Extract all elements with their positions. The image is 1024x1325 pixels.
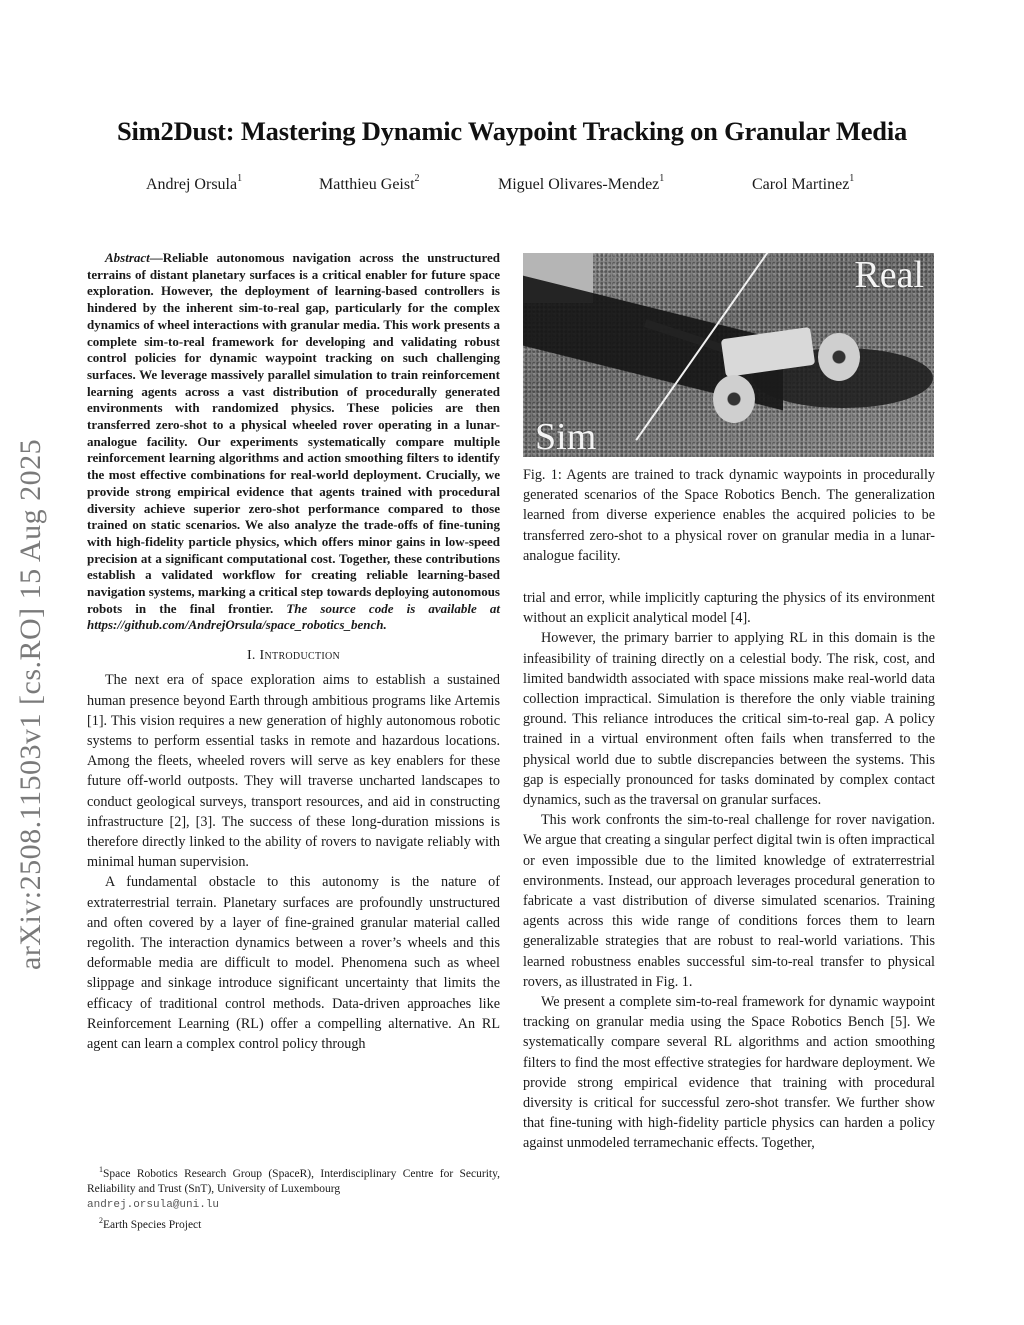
section-number: I.: [247, 648, 256, 663]
arxiv-identifier-stamp: arXiv:2508.11503v1 [cs.RO] 15 Aug 2025: [14, 439, 48, 970]
abstract-dash: —: [150, 250, 163, 265]
right-column: trial and error, while implicitly captur…: [523, 588, 935, 1154]
intro-paragraph-2: A fundamental obstacle to this autonomy …: [87, 872, 500, 1054]
author-affiliation-mark: 1: [849, 173, 854, 184]
abstract-label: Abstract: [105, 250, 150, 265]
author-name: Miguel Olivares-Mendez: [498, 176, 659, 193]
author-name: Andrej Orsula: [146, 176, 237, 193]
abstract-body: Reliable autonomous navigation across th…: [87, 250, 500, 616]
author-4: Carol Martinez1: [752, 176, 854, 194]
footnote-affiliation-2: 2Earth Species Project: [87, 1213, 500, 1233]
intro-paragraph-1: The next era of space exploration aims t…: [87, 670, 500, 872]
rover-wheel-rear: [818, 333, 860, 381]
figure-1-sim-real-rover-image: Real Sim: [523, 253, 934, 457]
intro-paragraph-4: This work confronts the sim-to-real chal…: [523, 810, 935, 992]
author-name: Carol Martinez: [752, 176, 849, 193]
footnote-text: Earth Species Project: [103, 1219, 201, 1231]
section-heading-introduction: I. Introduction: [87, 646, 500, 666]
footnote-affiliation-1: 1Space Robotics Research Group (SpaceR),…: [87, 1162, 500, 1197]
footnote-email-line: andrej.orsula@uni.lu: [87, 1197, 500, 1213]
author-2: Matthieu Geist2: [319, 176, 420, 194]
intro-paragraph-3: However, the primary barrier to applying…: [523, 628, 935, 810]
author-name: Matthieu Geist: [319, 176, 415, 193]
section-title: Introduction: [260, 648, 340, 663]
rover-wheel-front: [713, 375, 755, 423]
intro-paragraph-5: We present a complete sim-to-real framew…: [523, 992, 935, 1154]
intro-paragraph-continued: trial and error, while implicitly captur…: [523, 588, 935, 628]
footnotes: 1Space Robotics Research Group (SpaceR),…: [87, 1162, 500, 1233]
left-column: Abstract—Reliable autonomous navigation …: [87, 250, 500, 1054]
author-1: Andrej Orsula1: [146, 176, 242, 194]
author-3: Miguel Olivares-Mendez1: [498, 176, 664, 194]
paper-title: Sim2Dust: Mastering Dynamic Waypoint Tra…: [0, 116, 1024, 147]
author-affiliation-mark: 2: [415, 173, 420, 184]
footnote-text: Space Robotics Research Group (SpaceR), …: [87, 1168, 500, 1195]
author-affiliation-mark: 1: [237, 173, 242, 184]
author-email[interactable]: andrej.orsula@uni.lu: [87, 1199, 219, 1211]
figure-label-sim: Sim: [535, 415, 596, 457]
figure-1-caption: Fig. 1: Agents are trained to track dyna…: [523, 465, 935, 566]
figure-label-real: Real: [854, 253, 924, 297]
author-affiliation-mark: 1: [659, 173, 664, 184]
abstract: Abstract—Reliable autonomous navigation …: [87, 250, 500, 634]
author-list: Andrej Orsula1 Matthieu Geist2 Miguel Ol…: [0, 176, 1024, 200]
